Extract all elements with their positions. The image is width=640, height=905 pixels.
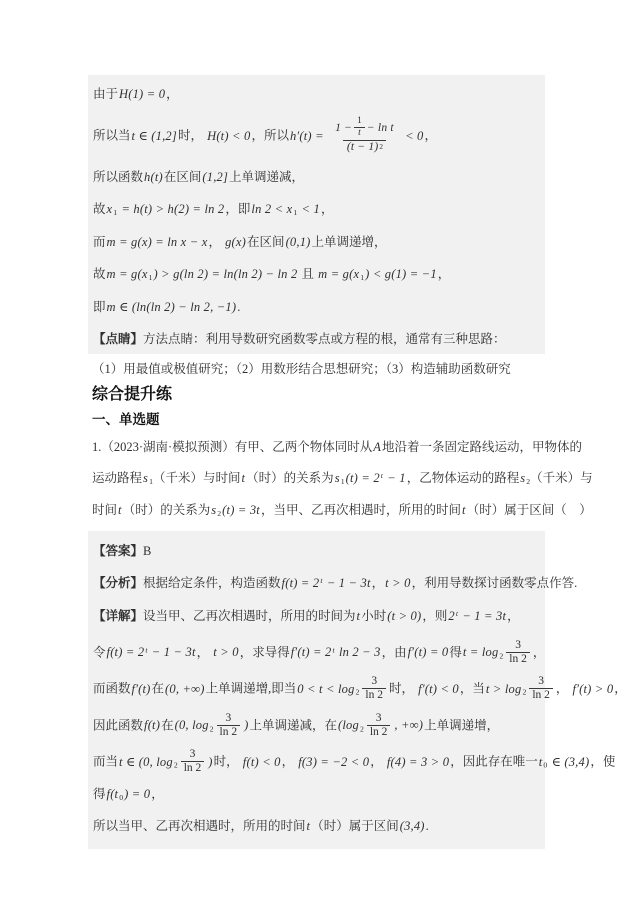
superscript: 2	[379, 143, 383, 151]
text-fragment: ，	[151, 787, 164, 801]
fraction: 1 − 1t − ln t(t − 1)2	[331, 117, 398, 154]
math-fragment: m ∈ (ln(ln 2) − ln 2, −1)	[106, 300, 238, 314]
text-fragment: ，乙物体运动的路程	[407, 471, 520, 485]
answer-line: 【答案】B	[93, 543, 541, 560]
solution-section: 由于H(1) = 0，所以当t ∈ (1,2]时， H(t) < 0，所以h′(…	[88, 75, 545, 354]
text-fragment: ，	[370, 755, 386, 769]
text-fragment: 在	[161, 718, 174, 732]
math-fragment: t > log	[485, 682, 523, 696]
math-fragment: t = log	[462, 645, 500, 659]
text-fragment: 因此函数	[93, 718, 143, 732]
math-fragment: t > 0	[384, 576, 411, 590]
text-fragment: 上单调递增，	[424, 718, 499, 732]
text-fragment: 由于	[93, 87, 118, 101]
subscript: 2	[360, 724, 364, 733]
subscript: 2	[356, 688, 360, 697]
math-fragment: f(t	[106, 787, 120, 801]
math-fragment: − ln t	[366, 122, 395, 135]
math-fragment: f′(t) > 0	[572, 682, 615, 696]
detail-line: 得f(t0) = 0，	[93, 786, 541, 804]
solution-line: 即m ∈ (ln(ln 2) − ln 2, −1).	[93, 299, 541, 316]
text-fragment: ，当	[460, 682, 485, 696]
math-fragment: f′(t)	[131, 682, 152, 696]
math-fragment: f(3) = −2 < 0	[297, 755, 370, 769]
math-fragment: h′(t) =	[289, 129, 328, 143]
math-fragment: H(t) < 0	[206, 129, 251, 143]
text-fragment: 而函数	[93, 682, 131, 696]
solution-line: 故x1 = h(t) > h(2) = ln 2，即ln 2 < x1 < 1，	[93, 201, 541, 219]
math-fragment: h(t)	[143, 170, 164, 184]
solution-line: 而m = g(x) = ln x − x， g(x)在区间(0,1)上单调递增，	[93, 234, 541, 251]
badge-label: 【点睛】	[93, 332, 143, 346]
math-fragment: ln 2 < x	[250, 202, 293, 216]
text-fragment: ，	[166, 87, 179, 101]
solution-line: 故m = g(x1) > g(ln 2) = ln(ln 2) − ln 2 且…	[93, 266, 541, 284]
text-fragment: 时，	[178, 129, 206, 143]
text-fragment: 所以函数	[93, 170, 143, 184]
math-fragment: (log	[337, 718, 360, 732]
analysis-line: 【分析】根据给定条件，构造函数f(t) = 2t − 1 − 3t，t > 0，…	[93, 575, 541, 592]
text-fragment: 而	[93, 235, 106, 249]
math-fragment: f(t) = 2	[281, 576, 321, 590]
text-fragment: 得	[449, 645, 462, 659]
text-fragment: ，	[614, 682, 627, 696]
math-fragment: H(1) = 0	[118, 87, 166, 101]
subscript: 2	[522, 688, 526, 697]
text-fragment: 根据给定条件，构造函数	[143, 576, 281, 590]
text-fragment: 上单调递减，	[229, 170, 304, 184]
text-fragment: 小时	[361, 609, 386, 623]
math-fragment: ) > g(ln 2) = ln(ln 2) − ln 2	[152, 267, 298, 281]
math-fragment: 0 < t < log	[296, 682, 355, 696]
text-fragment: 故	[93, 202, 106, 216]
answer-section: 【答案】B【分析】根据给定条件，构造函数f(t) = 2t − 1 − 3t，t…	[88, 531, 545, 849]
text-fragment: 地沿着一条固定路线运动，甲物体的	[382, 440, 582, 454]
detail-line: 而函数f′(t)在(0, +∞)上单调递增,即当0 < t < log23ln …	[93, 676, 541, 703]
math-fragment: t > 0	[212, 645, 239, 659]
math-fragment: m = g(x) = ln x − x	[106, 235, 209, 249]
badge-label: 【答案】	[93, 544, 143, 558]
text-fragment: ，当甲、乙再次相遇时，所用的时间	[261, 503, 461, 517]
text-fragment: 而当	[93, 755, 118, 769]
math-fragment: (0, log	[174, 718, 210, 732]
text-fragment: （1）用最值或极值研究；（2）用数形结合思想研究；（3）构造辅助函数研究	[92, 362, 511, 376]
math-fragment: f(t) < 0	[242, 755, 282, 769]
math-fragment: (t > 0)	[386, 609, 422, 623]
solution-line: 所以函数h(t)在区间(1,2]上单调递减，	[93, 169, 541, 186]
math-fragment: (3,4)	[399, 819, 426, 833]
math-fragment: − 1 = 3t	[458, 609, 507, 623]
fraction: 3ln 2	[181, 748, 205, 775]
solution-formula-line: 所以当t ∈ (1,2]时， H(t) < 0，所以h′(t) = 1 − 1t…	[93, 118, 541, 155]
math-fragment: m = g(x	[106, 267, 149, 281]
text-fragment: ，即	[225, 202, 250, 216]
detail-line: 【详解】设当甲、乙再次相遇时，所用的时间为t小时(t > 0)，则2t − 1 …	[93, 608, 541, 625]
math-fragment: f′(t) = 2	[290, 645, 333, 659]
subscript: 2	[174, 761, 178, 770]
key-note-line: 【点睛】方法点睛：利用导数研究函数零点或方程的根，通常有三种思路：	[93, 331, 541, 348]
text-fragment: 上单调递减，在	[249, 718, 337, 732]
math-fragment: (1,2]	[201, 170, 229, 184]
math-fragment: 2	[447, 609, 455, 623]
text-fragment: （千米）与	[530, 471, 593, 485]
text-fragment: 综合提升练	[92, 386, 172, 403]
text-fragment: ，	[438, 267, 451, 281]
detail-line: 令f(t) = 2t − 1 − 3t， t > 0，求导得f′(t) = 2t…	[93, 640, 541, 667]
math-fragment: ) = 0	[123, 787, 151, 801]
math-fragment: t	[357, 128, 362, 139]
text-fragment: 即	[93, 300, 106, 314]
math-fragment: f′(t) < 0	[417, 682, 460, 696]
fraction: 3ln 2	[362, 675, 386, 702]
fraction: 3ln 2	[217, 712, 241, 739]
text-fragment: ，	[556, 682, 572, 696]
math-fragment: t ∈ (0, log	[118, 755, 174, 769]
text-fragment: （时）的关系为	[123, 503, 211, 517]
math-fragment: ) < g(1) = −1	[364, 267, 438, 281]
fraction: 3ln 2	[529, 675, 553, 702]
text-fragment: 在区间	[164, 170, 202, 184]
section-heading: 综合提升练	[92, 384, 545, 406]
text-fragment: 所以当	[93, 129, 131, 143]
text-fragment: 运动路程	[92, 471, 142, 485]
question-line: 运动路程s1（千米）与时间t（时）的关系为s1(t) = 2t − 1，乙物体运…	[92, 470, 545, 488]
question-line: 1.（2023·湖南·模拟预测）有甲、乙两个物体同时从A地沿着一条固定路线运动，…	[92, 439, 545, 456]
text-fragment: 一、单选题	[92, 412, 160, 427]
text-fragment: （时）属于区间（ ）	[467, 503, 592, 517]
subscript: 2	[499, 651, 503, 660]
fraction: 3ln 2	[506, 639, 530, 666]
text-fragment: ，所以	[251, 129, 289, 143]
practice-section: （1）用最值或极值研究；（2）用数形结合思想研究；（3）构造辅助函数研究综合提升…	[88, 355, 545, 555]
text-fragment: 且	[298, 267, 317, 281]
badge-label: 【详解】	[93, 609, 143, 623]
math-fragment: = h(t) > h(2) = ln 2	[117, 202, 225, 216]
text-fragment: ，由	[382, 645, 407, 659]
math-fragment: s	[334, 471, 341, 485]
text-fragment: ，求导得	[240, 645, 290, 659]
text-fragment: ，	[425, 129, 438, 143]
text-fragment: ，则	[422, 609, 447, 623]
text-fragment: ，	[208, 235, 224, 249]
math-fragment: f(4) = 3 > 0	[386, 755, 450, 769]
math-fragment: m = g(x	[317, 267, 360, 281]
math-fragment: (0, +∞)	[164, 682, 206, 696]
text-fragment: （时）的关系为	[246, 471, 334, 485]
math-fragment: f(t)	[143, 718, 161, 732]
math-fragment: A	[372, 440, 382, 454]
math-fragment: ln 2 − 3	[335, 645, 382, 659]
text-fragment: ，	[197, 645, 213, 659]
text-fragment: 方法点睛：利用导数研究函数零点或方程的根，通常有三种思路：	[143, 332, 506, 346]
math-fragment: − 1	[383, 471, 407, 485]
method-list-line: （1）用最值或极值研究；（2）用数形结合思想研究；（3）构造辅助函数研究	[92, 361, 545, 378]
text-fragment: 1.（2023·湖南·模拟预测）有甲、乙两个物体同时从	[92, 440, 372, 454]
fraction: 3ln 2	[367, 712, 391, 739]
text-fragment: ，因此存在唯一	[450, 755, 538, 769]
text-fragment: 时，	[214, 755, 242, 769]
math-fragment: ∈ (3,4)	[547, 755, 590, 769]
text-fragment: B	[143, 544, 151, 558]
subsection-heading: 一、单选题	[92, 411, 545, 430]
math-fragment: < 1	[297, 202, 321, 216]
text-fragment: 所以当甲、乙再次相遇时，所用的时间	[93, 819, 306, 833]
text-fragment: ，	[282, 755, 298, 769]
text-fragment: 时间	[92, 503, 117, 517]
fraction: 1t	[354, 116, 365, 139]
text-fragment: ，利用导数探讨函数零点作答.	[412, 576, 578, 590]
text-fragment: 得	[93, 787, 106, 801]
math-fragment: (t) = 2	[345, 471, 381, 485]
text-fragment: .	[237, 300, 240, 314]
question-line: 时间t（时）的关系为s2(t) = 3t，当甲、乙再次相遇时，所用的时间t（时）…	[92, 502, 545, 520]
math-fragment: 1 −	[334, 122, 353, 135]
text-fragment: 上单调递增,即当	[206, 682, 297, 696]
math-fragment: , +∞)	[393, 718, 424, 732]
subscript: 2	[210, 724, 214, 733]
math-fragment: (t) = 3t	[221, 503, 261, 517]
detail-line: 因此函数f(t)在(0, log23ln 2)上单调递减，在(log23ln 2…	[93, 713, 541, 740]
math-fragment: < 0	[401, 129, 425, 143]
math-fragment: f(t) = 2	[106, 645, 146, 659]
math-fragment: (0,1)	[285, 235, 312, 249]
text-fragment: 令	[93, 645, 106, 659]
text-fragment: ，	[507, 609, 520, 623]
text-fragment: .	[426, 819, 429, 833]
text-fragment: 时，	[389, 682, 417, 696]
text-fragment: 上单调递增，	[312, 235, 387, 249]
math-fragment: − 1 − 3t	[147, 645, 196, 659]
text-fragment: 在	[152, 682, 165, 696]
text-fragment: （时）属于区间	[311, 819, 399, 833]
text-fragment: 故	[93, 267, 106, 281]
math-fragment: t ∈ (1,2]	[131, 129, 178, 143]
badge-label: 【分析】	[93, 576, 143, 590]
math-fragment: g(x)	[224, 235, 247, 249]
text-fragment: 在区间	[247, 235, 285, 249]
math-fragment: (t − 1)	[346, 141, 380, 154]
text-fragment: ，使	[590, 755, 615, 769]
math-fragment: f′(t) = 0	[407, 645, 450, 659]
document-page: 由于H(1) = 0，所以当t ∈ (1,2]时， H(t) < 0，所以h′(…	[0, 0, 640, 905]
math-fragment: − 1 − 3t	[323, 576, 372, 590]
text-fragment: ，	[533, 645, 546, 659]
detail-line: 而当t ∈ (0, log23ln 2)时， f(t) < 0， f(3) = …	[93, 749, 541, 776]
detail-line: 所以当甲、乙再次相遇时，所用的时间t（时）属于区间(3,4).	[93, 818, 541, 835]
text-fragment: （千米）与时间	[153, 471, 241, 485]
text-fragment: ，	[372, 576, 385, 590]
text-fragment: 设当甲、乙再次相遇时，所用的时间为	[143, 609, 356, 623]
solution-line: 由于H(1) = 0，	[93, 86, 541, 103]
text-fragment: ，	[321, 202, 334, 216]
